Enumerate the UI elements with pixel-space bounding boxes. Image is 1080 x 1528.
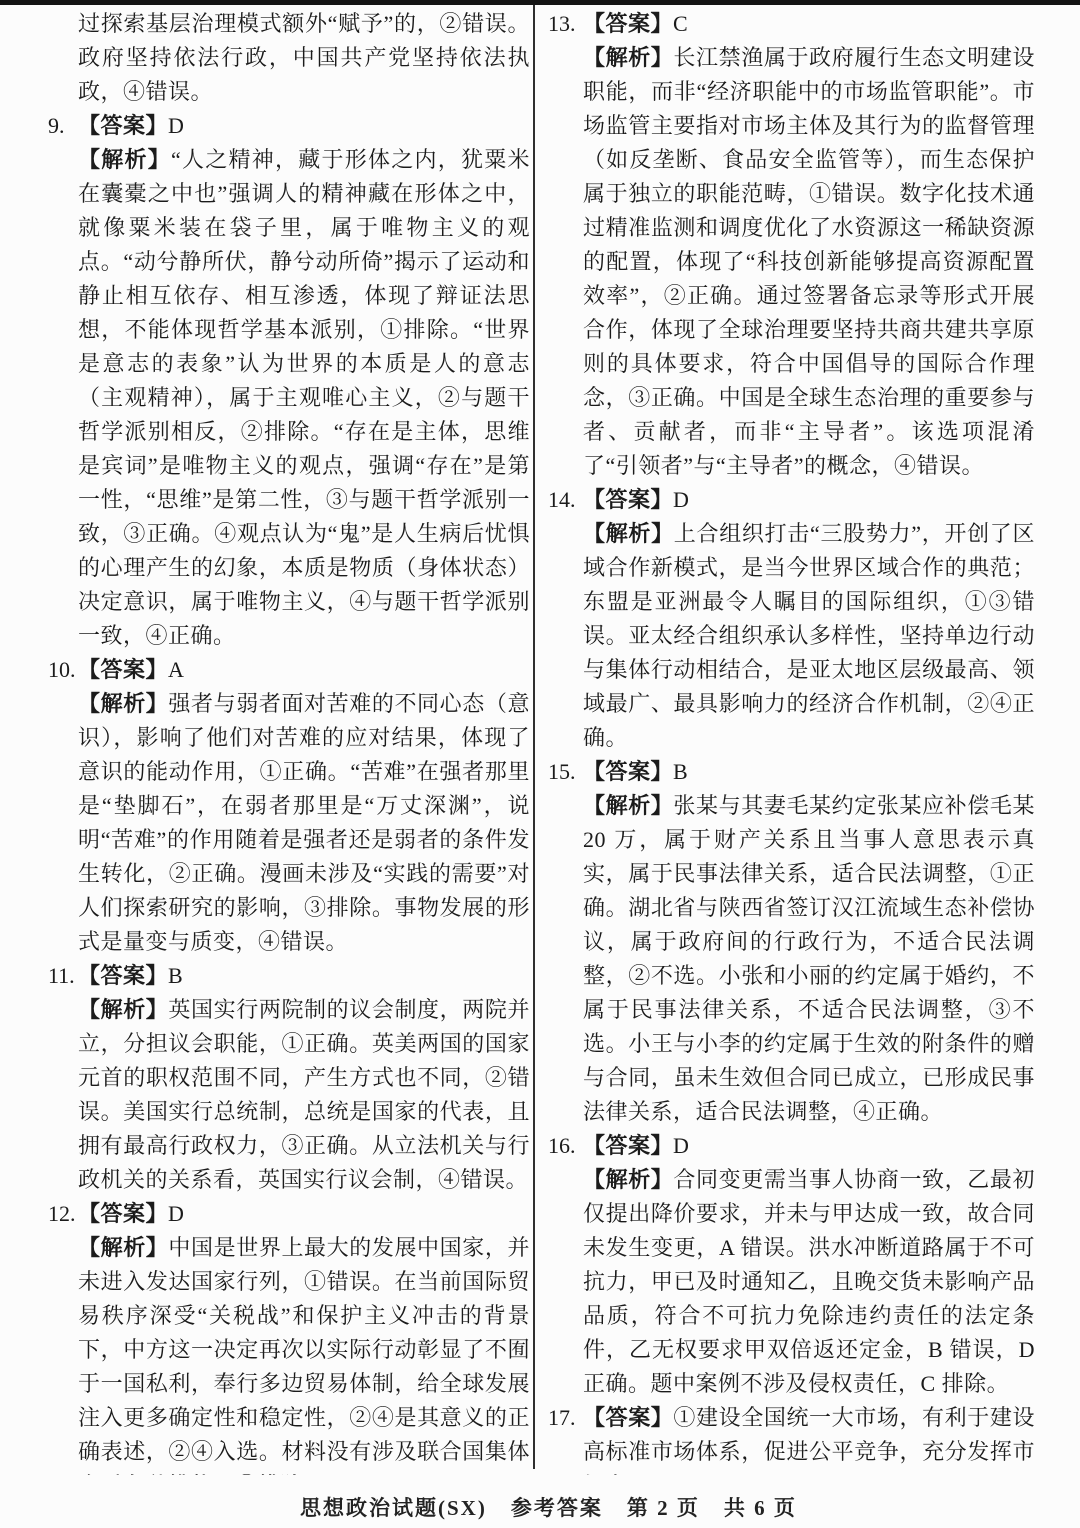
- column-divider: [533, 5, 535, 1469]
- answer-value: B: [168, 963, 184, 988]
- page-footer: 思想政治试题(SX) 参考答案 第 2 页 共 6 页: [300, 1492, 797, 1522]
- answer-value: D: [168, 1201, 185, 1226]
- analysis-label: 【解析】: [583, 521, 674, 546]
- item-number: 13.: [548, 7, 576, 41]
- answer-label: 【答案】: [78, 1201, 168, 1226]
- analysis-label: 【解析】: [78, 997, 168, 1022]
- answer-label: 【答案】: [583, 487, 673, 512]
- analysis-text: 中国是世界上最大的发展中国家，并未进入发达国家行列，①错误。在当前国际贸易秩序深…: [78, 1235, 530, 1475]
- analysis-paragraph: 【解析】中国是世界上最大的发展中国家，并未进入发达国家行列，①错误。在当前国际贸…: [78, 1231, 530, 1475]
- analysis-label: 【解析】: [583, 793, 673, 818]
- answer-label: 【答案】: [583, 759, 673, 784]
- answer-value: D: [673, 1133, 690, 1158]
- answer-label: 【答案】: [583, 11, 673, 36]
- answer-value: B: [673, 759, 689, 784]
- item-number: 16.: [548, 1129, 576, 1163]
- item-number: 11.: [48, 959, 75, 993]
- answer-item-14: 14. 【答案】D 【解析】上合组织打击“三股势力”，开创了区域合作新模式，是当…: [548, 483, 1035, 755]
- item-number: 17.: [548, 1401, 576, 1435]
- item-number: 15.: [548, 755, 576, 789]
- answer-line: 【答案】D: [583, 483, 1035, 517]
- right-column: 13. 【答案】C 【解析】长江禁渔属于政府履行生态文明建设职能，而非“经济职能…: [548, 7, 1035, 1475]
- answer-label: 【答案】: [583, 1133, 673, 1158]
- analysis-label: 【解析】: [78, 147, 171, 172]
- item-number: 9.: [48, 109, 65, 143]
- left-column: 过探索基层治理模式额外“赋予”的，②错误。政府坚持依法行政，中国共产党坚持依法执…: [48, 7, 530, 1475]
- analysis-paragraph: 【解析】强者与弱者面对苦难的不同心态（意识），影响了他们对苦难的应对结果，体现了…: [78, 687, 530, 959]
- continuation-paragraph: 过探索基层治理模式额外“赋予”的，②错误。政府坚持依法行政，中国共产党坚持依法执…: [48, 7, 530, 109]
- item-number: 14.: [548, 483, 576, 517]
- answer-value: C: [673, 11, 689, 36]
- answer-value: A: [168, 657, 185, 682]
- analysis-text: 合同变更需当事人协商一致，乙最初仅提出降价要求，并未与甲达成一致，故合同未发生变…: [583, 1167, 1035, 1396]
- analysis-text: 长江禁渔属于政府履行生态文明建设职能，而非“经济职能中的市场监管职能”。市场监管…: [583, 45, 1035, 478]
- footer-doc-title: 思想政治试题(SX): [300, 1492, 487, 1522]
- answer-line: 【答案】C: [583, 7, 1035, 41]
- item-number: 12.: [48, 1197, 76, 1231]
- answer-line: 【答案】D: [78, 109, 530, 143]
- answer-item-9: 9. 【答案】D 【解析】“人之精神，藏于形体之内，犹粟米在囊橐之中也”强调人的…: [48, 109, 530, 653]
- item-number: 10.: [48, 653, 76, 687]
- answer-value: D: [673, 487, 690, 512]
- analysis-label: 【解析】: [78, 1235, 168, 1260]
- analysis-label: 【解析】: [78, 691, 168, 716]
- analysis-text: 英国实行两院制的议会制度，两院并立，分担议会职能，①正确。英美两国的国家元首的职…: [78, 997, 530, 1192]
- analysis-text: 强者与弱者面对苦难的不同心态（意识），影响了他们对苦难的应对结果，体现了意识的能…: [78, 691, 530, 954]
- analysis-text: “人之精神，藏于形体之内，犹粟米在囊橐之中也”强调人的精神藏在形体之中，就像粟米…: [78, 147, 530, 648]
- analysis-paragraph: 【解析】长江禁渔属于政府履行生态文明建设职能，而非“经济职能中的市场监管职能”。…: [583, 41, 1035, 483]
- footer-page-number: 第 2 页: [627, 1492, 700, 1522]
- answer-item-13: 13. 【答案】C 【解析】长江禁渔属于政府履行生态文明建设职能，而非“经济职能…: [548, 7, 1035, 483]
- top-rule: [0, 0, 1080, 5]
- answer-label: 【答案】: [583, 1405, 673, 1430]
- answer-line: 【答案】B: [583, 755, 1035, 789]
- footer-section: 参考答案: [511, 1492, 603, 1522]
- footer-total-pages: 共 6 页: [724, 1492, 797, 1522]
- answer-label: 【答案】: [78, 657, 168, 682]
- answer-line: 【答案】D: [583, 1129, 1035, 1163]
- answer-line: 【答案】A: [78, 653, 530, 687]
- analysis-text: 上合组织打击“三股势力”，开创了区域合作新模式，是当今世界区域合作的典范；东盟是…: [583, 521, 1035, 750]
- answer-item-10: 10. 【答案】A 【解析】强者与弱者面对苦难的不同心态（意识），影响了他们对苦…: [48, 653, 530, 959]
- analysis-label: 【解析】: [583, 45, 673, 70]
- answer-label: 【答案】: [78, 963, 168, 988]
- analysis-label: 【解析】: [583, 1167, 673, 1192]
- answer-label: 【答案】: [78, 113, 168, 138]
- answer-line: 【答案】①建设全国统一大市场，有利于建设高标准市场体系，促进公平竞争，充分发挥市…: [583, 1401, 1035, 1475]
- analysis-paragraph: 【解析】“人之精神，藏于形体之内，犹粟米在囊橐之中也”强调人的精神藏在形体之中，…: [78, 143, 530, 653]
- analysis-text: 张某与其妻毛某约定张某应补偿毛某 20 万，属于财产关系且当事人意思表示真实，属…: [583, 793, 1035, 1124]
- analysis-paragraph: 【解析】上合组织打击“三股势力”，开创了区域合作新模式，是当今世界区域合作的典范…: [583, 517, 1035, 755]
- answer-value: D: [168, 113, 185, 138]
- analysis-paragraph: 【解析】张某与其妻毛某约定张某应补偿毛某 20 万，属于财产关系且当事人意思表示…: [583, 789, 1035, 1129]
- answer-item-15: 15. 【答案】B 【解析】张某与其妻毛某约定张某应补偿毛某 20 万，属于财产…: [548, 755, 1035, 1129]
- analysis-paragraph: 【解析】合同变更需当事人协商一致，乙最初仅提出降价要求，并未与甲达成一致，故合同…: [583, 1163, 1035, 1401]
- answer-line: 【答案】B: [78, 959, 530, 993]
- answer-item-17: 17. 【答案】①建设全国统一大市场，有利于建设高标准市场体系，促进公平竞争，充…: [548, 1401, 1035, 1475]
- answer-item-16: 16. 【答案】D 【解析】合同变更需当事人协商一致，乙最初仅提出降价要求，并未…: [548, 1129, 1035, 1401]
- answer-line: 【答案】D: [78, 1197, 530, 1231]
- answer-item-12: 12. 【答案】D 【解析】中国是世界上最大的发展中国家，并未进入发达国家行列，…: [48, 1197, 530, 1475]
- answer-item-11: 11. 【答案】B 【解析】英国实行两院制的议会制度，两院并立，分担议会职能，①…: [48, 959, 530, 1197]
- analysis-paragraph: 【解析】英国实行两院制的议会制度，两院并立，分担议会职能，①正确。英美两国的国家…: [78, 993, 530, 1197]
